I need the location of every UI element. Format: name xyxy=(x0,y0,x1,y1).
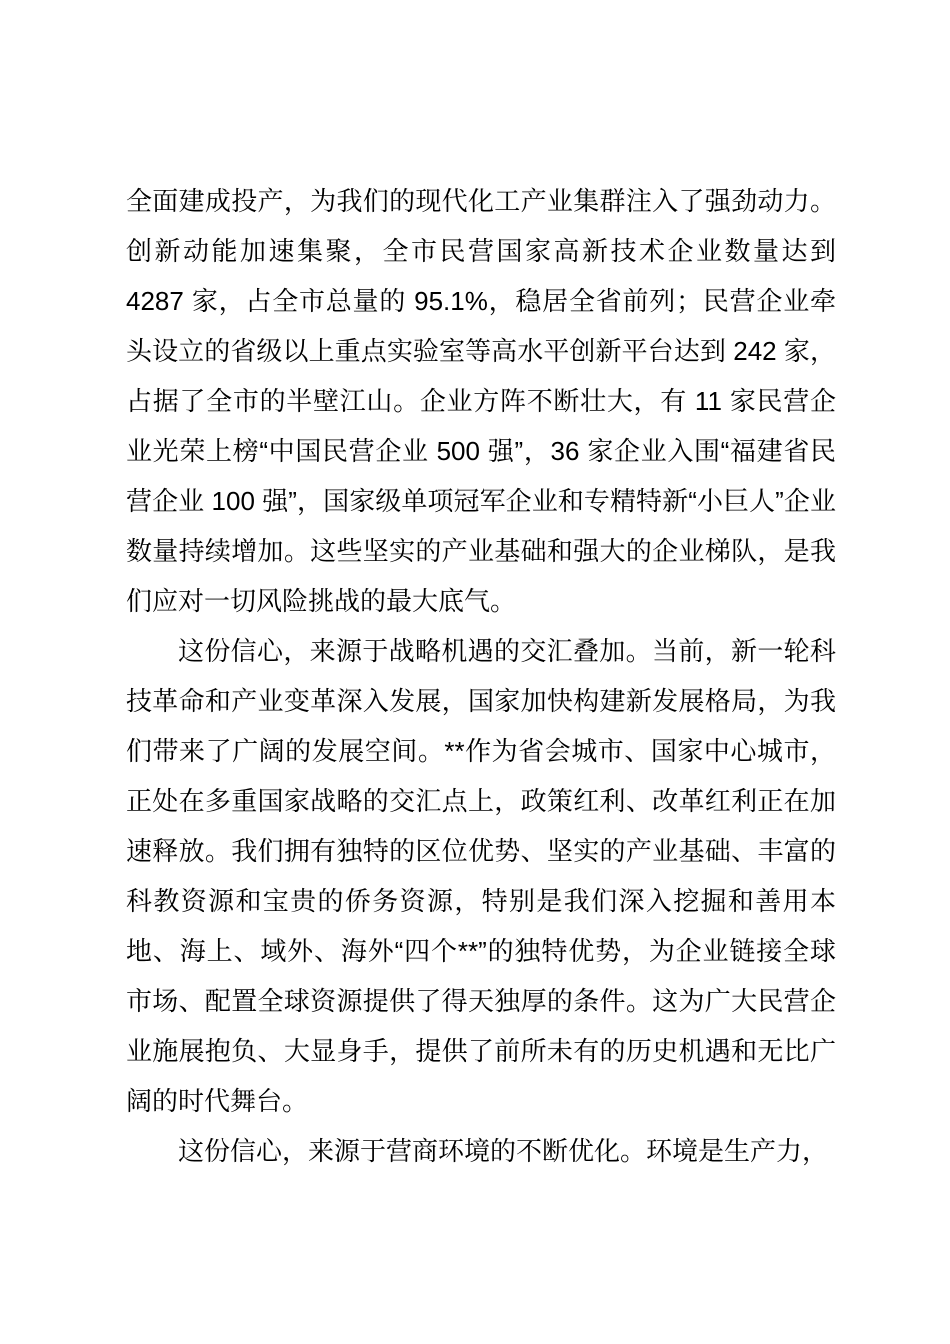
document-page: 全面建成投产，为我们的现代化工产业集群注入了强劲动力。创新动能加速集聚，全市民营… xyxy=(0,0,950,1344)
document-body-text: 全面建成投产，为我们的现代化工产业集群注入了强劲动力。创新动能加速集聚，全市民营… xyxy=(126,176,836,1176)
paragraph-strategic-opportunity: 这份信心，来源于战略机遇的交汇叠加。当前，新一轮科技革命和产业变革深入发展，国家… xyxy=(126,626,836,1126)
paragraph-industry-foundation: 全面建成投产，为我们的现代化工产业集群注入了强劲动力。创新动能加速集聚，全市民营… xyxy=(126,176,836,626)
paragraph-business-environment: 这份信心，来源于营商环境的不断优化。环境是生产力， xyxy=(126,1126,836,1176)
